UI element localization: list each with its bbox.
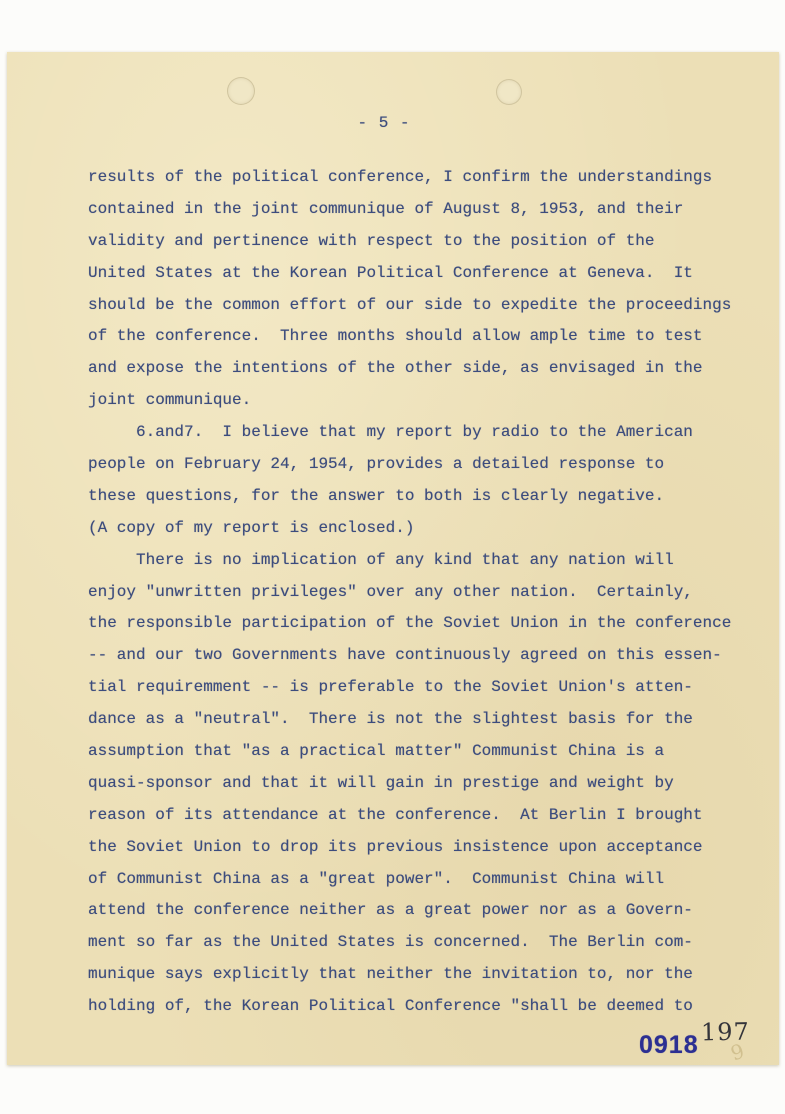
text-line: results of the political conference, I c… (88, 162, 760, 194)
text-line: contained in the joint communique of Aug… (88, 194, 760, 226)
text-line: people on February 24, 1954, provides a … (88, 449, 760, 481)
text-line: and expose the intentions of the other s… (88, 353, 760, 385)
text-line: enjoy "unwritten privileges" over any ot… (88, 577, 760, 609)
text-line: the responsible participation of the Sov… (88, 608, 760, 640)
blue-serial-stamp: 0918 (639, 1031, 699, 1060)
text-line: United States at the Korean Political Co… (88, 258, 760, 290)
text-line: should be the common effort of our side … (88, 290, 760, 322)
text-line: There is no implication of any kind that… (88, 545, 760, 577)
text-line: validity and pertinence with respect to … (88, 226, 760, 258)
text-line: 6.and7. I believe that my report by radi… (88, 417, 760, 449)
text-line: dance as a "neutral". There is not the s… (88, 704, 760, 736)
text-line: attend the conference neither as a great… (88, 895, 760, 927)
text-line: of Communist China as a "great power". C… (88, 864, 760, 896)
hole-punch-right (496, 79, 522, 105)
document-body: results of the political conference, I c… (88, 162, 760, 1023)
text-line: munique says explicitly that neither the… (88, 959, 760, 991)
text-line: holding of, the Korean Political Confere… (88, 991, 760, 1023)
text-line: these questions, for the answer to both … (88, 481, 760, 513)
page-number-stamp: 197 (701, 1018, 750, 1047)
scanned-document: - 5 - results of the political conferenc… (0, 0, 785, 1114)
text-line: reason of its attendance at the conferen… (88, 800, 760, 832)
hole-punch-left (227, 77, 255, 105)
document-page: - 5 - results of the political conferenc… (7, 52, 779, 1065)
text-line: tial requiremment -- is preferable to th… (88, 672, 760, 704)
page-number-header: - 5 - (0, 114, 770, 132)
text-line: joint communique. (88, 385, 760, 417)
text-line: -- and our two Governments have continuo… (88, 640, 760, 672)
text-line: ment so far as the United States is conc… (88, 927, 760, 959)
text-line: quasi-sponsor and that it will gain in p… (88, 768, 760, 800)
text-line: the Soviet Union to drop its previous in… (88, 832, 760, 864)
text-line: (A copy of my report is enclosed.) (88, 513, 760, 545)
text-line: of the conference. Three months should a… (88, 321, 760, 353)
text-line: assumption that "as a practical matter" … (88, 736, 760, 768)
